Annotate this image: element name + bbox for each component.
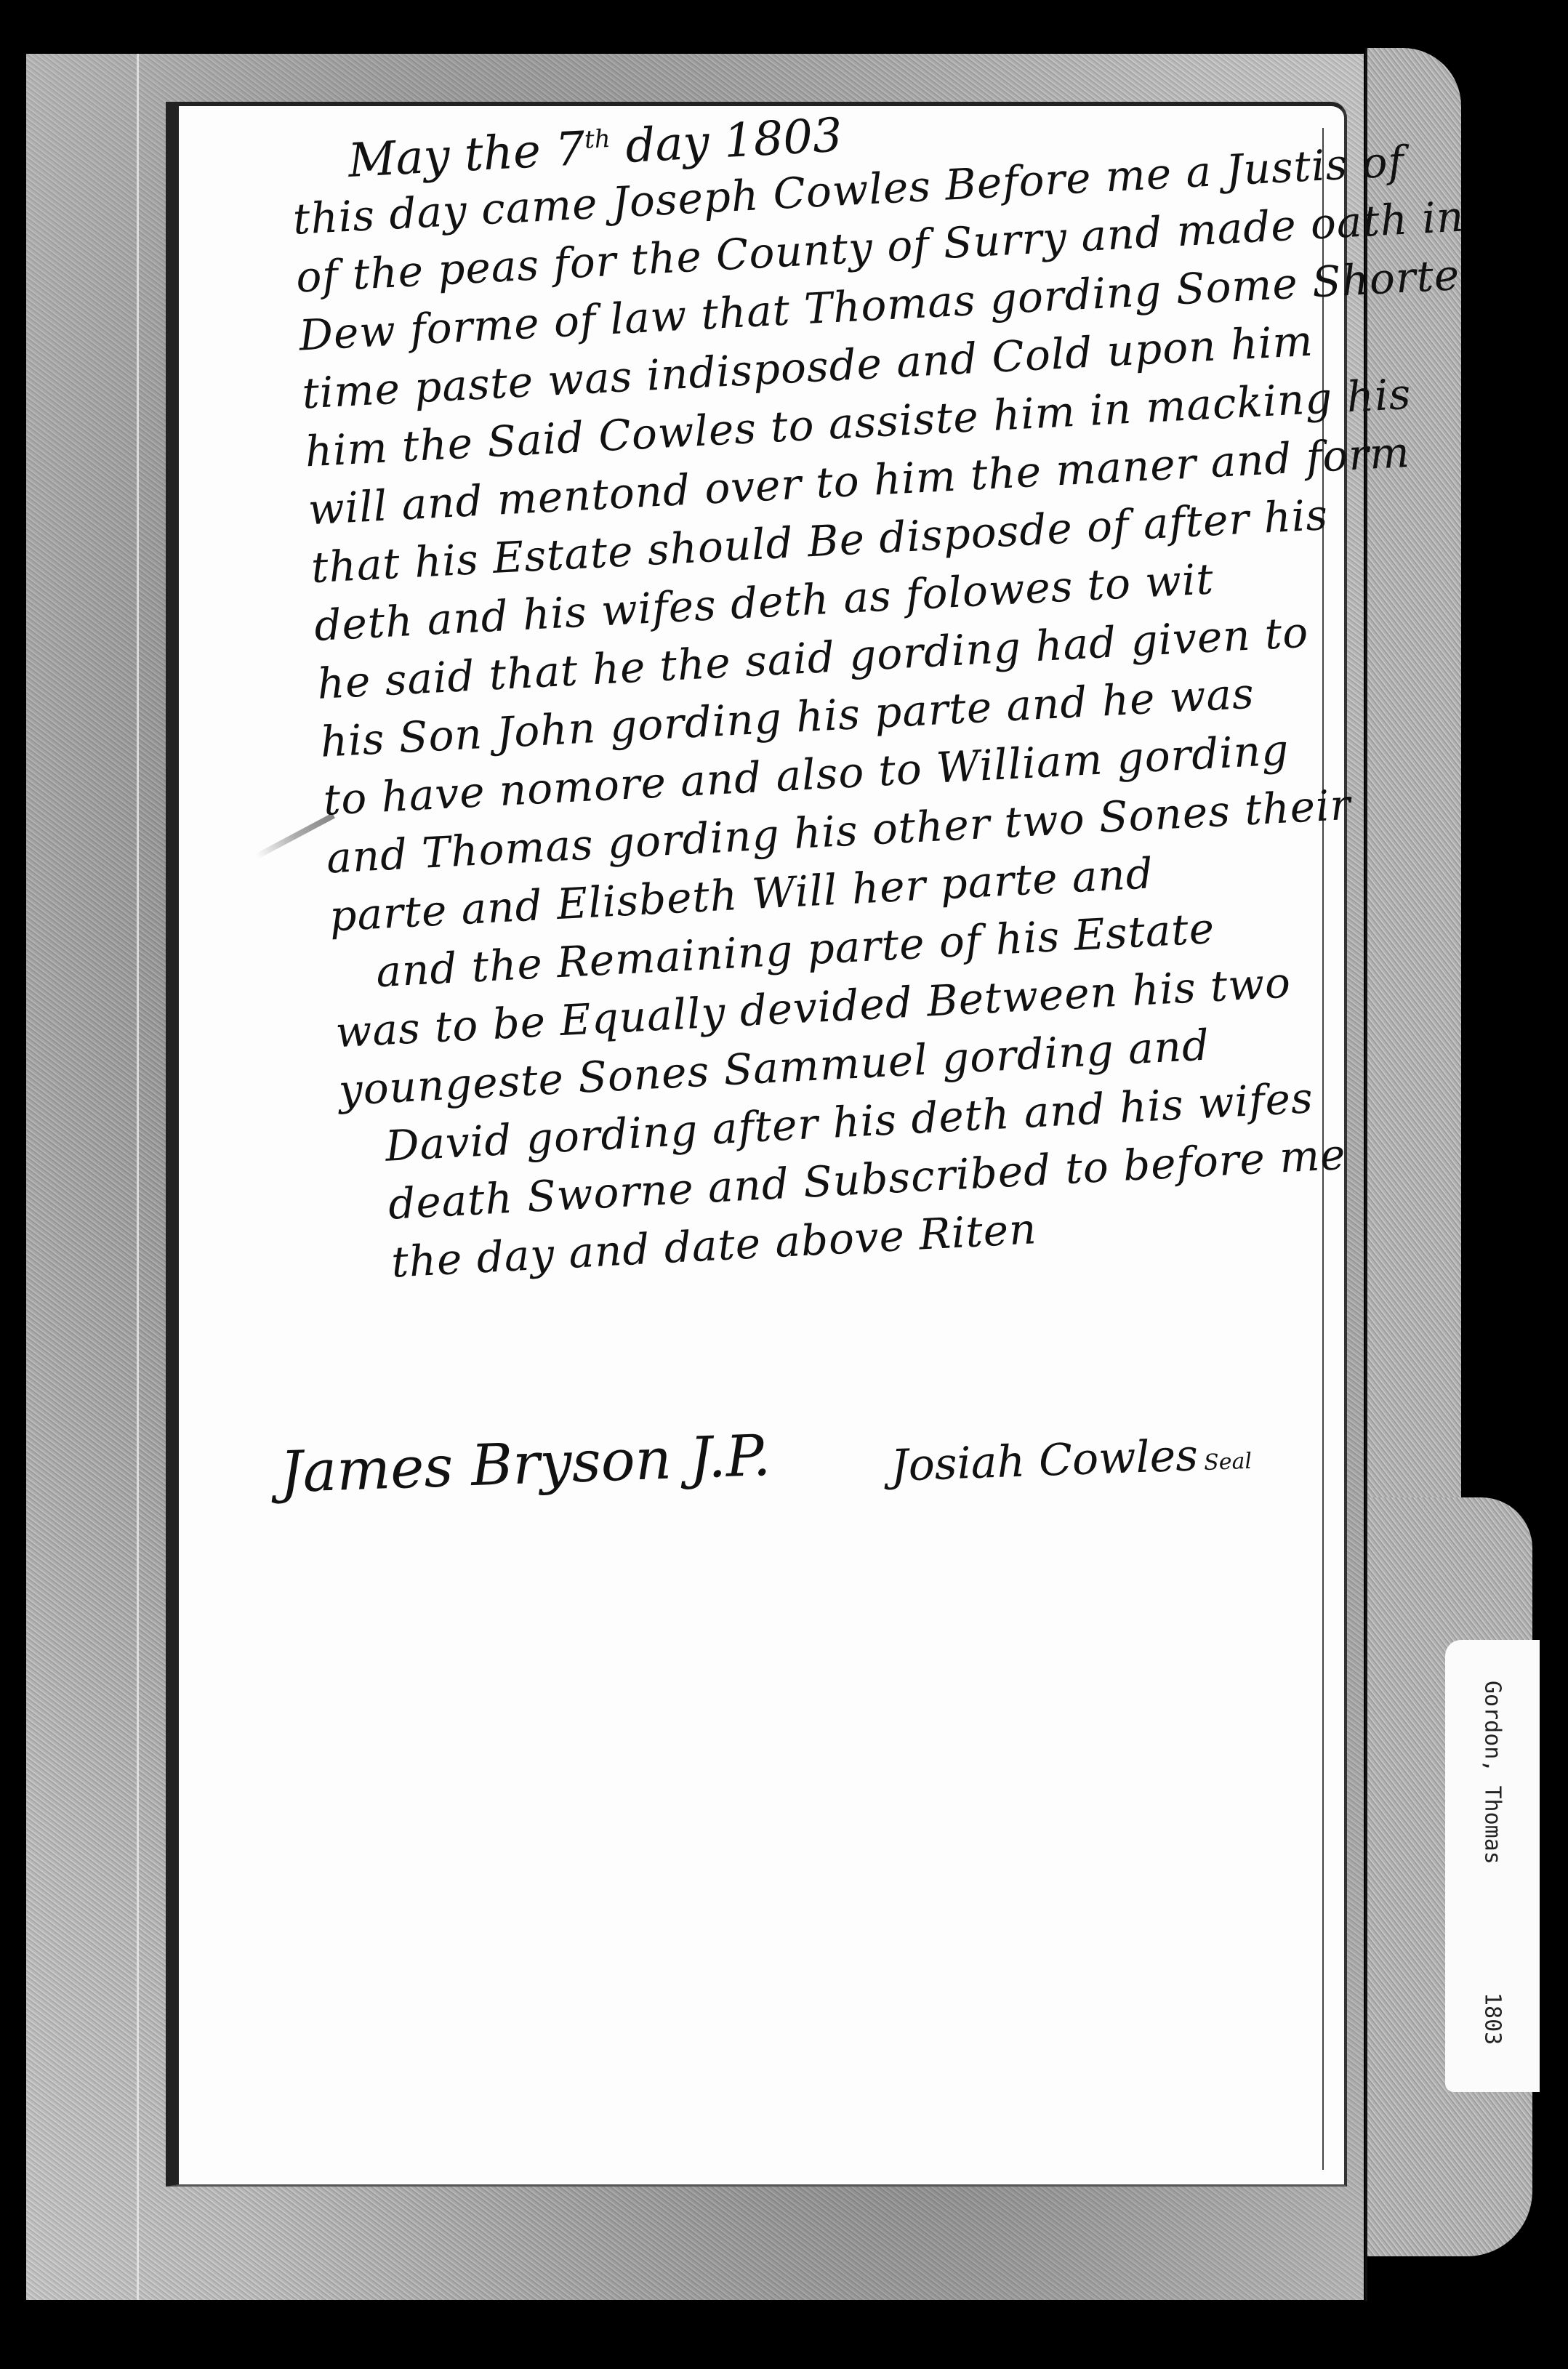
margin-ink-mark [255, 813, 335, 858]
witness-signature: Josiah CowlesSeal [890, 1428, 1252, 1492]
justice-signature: James Bryson J.P. [279, 1423, 772, 1505]
date-ordinal: th [584, 124, 611, 155]
witness-name: Josiah Cowles [890, 1430, 1199, 1492]
folder-label-year: 1803 [1480, 1992, 1505, 2045]
seal-mark: Seal [1204, 1449, 1253, 1476]
folder-label-tab: Gordon, Thomas 1803 [1445, 1640, 1540, 2092]
handwritten-document-page: May the 7th day 1803 this day came Josep… [166, 102, 1347, 2187]
folder-label-name: Gordon, Thomas [1480, 1681, 1505, 1865]
folder-crease-line [137, 54, 139, 2300]
signature-block: James Bryson J.P. Josiah CowlesSeal [279, 1404, 1336, 1550]
document-transcript: May the 7th day 1803 this day came Josep… [288, 67, 1380, 1294]
